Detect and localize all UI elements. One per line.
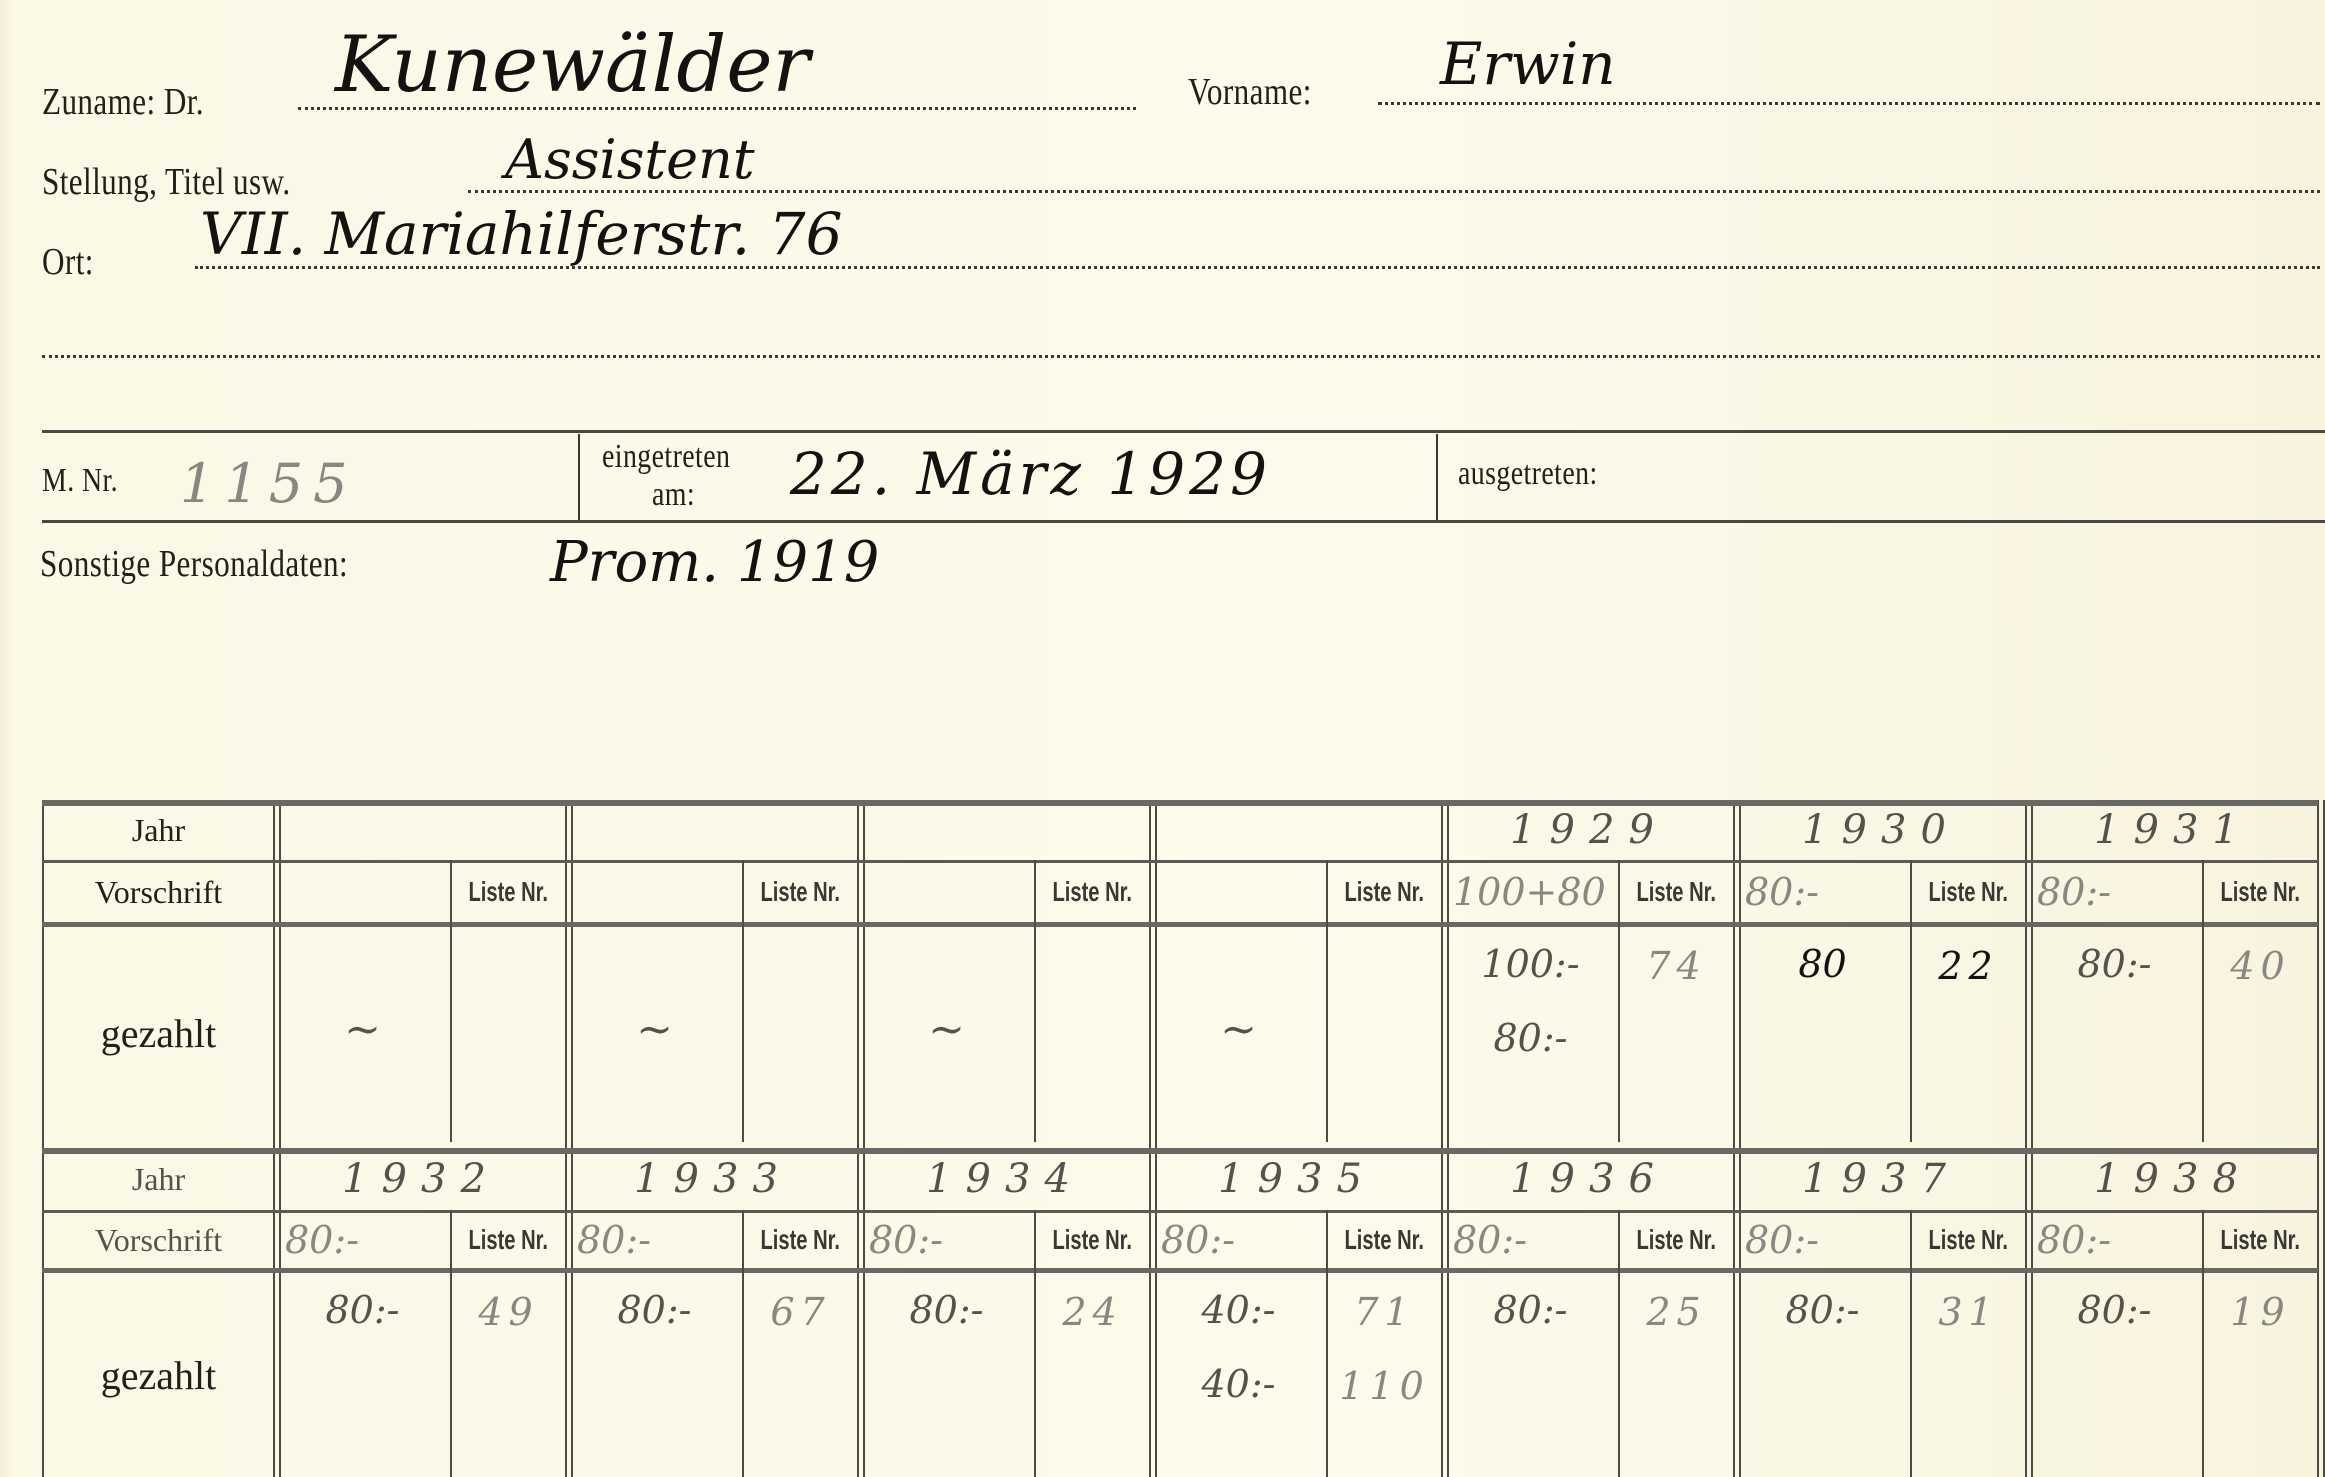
year-cell[interactable]: 1933 (567, 1148, 859, 1210)
prescribed-amount-cell[interactable]: 80:- (1151, 1210, 1326, 1270)
list-number-header: Liste Nr. (1618, 1210, 1735, 1270)
left-label: ausgetreten: (1458, 455, 1598, 493)
row-label-paid: gezahlt (42, 924, 275, 1142)
list-number-header: Liste Nr. (450, 1210, 567, 1270)
paid-amount-cell[interactable]: 40:-40:- (1151, 1270, 1326, 1477)
paid-amount-cell[interactable]: 80 (1735, 924, 1910, 1142)
paid-amount-cell[interactable]: ~ (275, 924, 450, 1142)
prescribed-amount-cell[interactable] (859, 860, 1034, 924)
list-number-cell[interactable] (1326, 924, 1443, 1142)
position-label: Stellung, Titel usw. (42, 160, 291, 204)
prescribed-amount-cell[interactable] (275, 860, 450, 924)
prescribed-amount-cell[interactable]: 100+80 (1443, 860, 1618, 924)
box-divider (1436, 434, 1438, 520)
list-number-cell[interactable]: 74 (1618, 924, 1735, 1142)
firstname-value[interactable]: Erwin (1440, 30, 1616, 98)
other-data-value[interactable]: Prom. 1919 (550, 530, 879, 595)
paid-amount-cell[interactable]: 80:- (567, 1270, 742, 1477)
list-number-header: Liste Nr. (1326, 1210, 1443, 1270)
paid-amount-cell[interactable]: ~ (567, 924, 742, 1142)
paid-amount-cell[interactable]: 80:- (1735, 1270, 1910, 1477)
other-data-label: Sonstige Personaldaten: (40, 542, 348, 586)
list-number-cell[interactable] (1034, 924, 1151, 1142)
row-label-prescribed: Vorschrift (42, 860, 275, 924)
prescribed-amount-cell[interactable] (1151, 860, 1326, 924)
row-label-year: Jahr (42, 1148, 275, 1210)
member-no-label: M. Nr. (42, 462, 118, 500)
paid-amount-cell[interactable]: 100:-80:- (1443, 924, 1618, 1142)
prescribed-amount-cell[interactable]: 80:- (567, 1210, 742, 1270)
list-number-cell[interactable]: 67 (742, 1270, 859, 1477)
list-number-cell[interactable] (742, 924, 859, 1142)
list-number-cell[interactable]: 24 (1034, 1270, 1151, 1477)
year-cell[interactable]: 1938 (2027, 1148, 2319, 1210)
year-cell[interactable]: 1929 (1443, 800, 1735, 860)
box-top-rule (42, 430, 2325, 433)
joined-date-value[interactable]: 22. März 1929 (790, 440, 1271, 508)
list-number-header: Liste Nr. (1618, 860, 1735, 924)
position-value[interactable]: Assistent (505, 128, 755, 191)
year-cell[interactable] (859, 800, 1151, 860)
row-label-paid: gezahlt (42, 1270, 275, 1477)
box-divider (578, 434, 580, 520)
year-cell[interactable]: 1931 (2027, 800, 2319, 860)
paid-amount-cell[interactable]: ~ (859, 924, 1034, 1142)
list-number-header: Liste Nr. (450, 860, 567, 924)
year-cell[interactable]: 1935 (1151, 1148, 1443, 1210)
prescribed-amount-cell[interactable]: 80:- (275, 1210, 450, 1270)
prescribed-amount-cell[interactable]: 80:- (2027, 860, 2202, 924)
list-number-cell[interactable]: 49 (450, 1270, 567, 1477)
list-number-cell[interactable] (450, 924, 567, 1142)
year-cell[interactable]: 1934 (859, 1148, 1151, 1210)
paid-amount-cell[interactable]: ~ (1151, 924, 1326, 1142)
membership-record-card: Zuname: Dr. Kunewälder Vorname: Erwin St… (0, 0, 2325, 1477)
list-number-header: Liste Nr. (2202, 1210, 2319, 1270)
paid-amount-cell[interactable]: 80:- (275, 1270, 450, 1477)
year-cell[interactable]: 1937 (1735, 1148, 2027, 1210)
box-bottom-rule (42, 520, 2325, 523)
year-cell[interactable] (567, 800, 859, 860)
surname-value[interactable]: Kunewälder (335, 20, 810, 110)
prescribed-amount-cell[interactable] (567, 860, 742, 924)
joined-label: eingetreten (602, 438, 730, 476)
list-number-header: Liste Nr. (2202, 860, 2319, 924)
paid-amount-cell[interactable]: 80:- (859, 1270, 1034, 1477)
blank-dotted-line (42, 355, 2320, 358)
year-cell[interactable]: 1930 (1735, 800, 2027, 860)
list-number-cell[interactable]: 71110 (1326, 1270, 1443, 1477)
list-number-cell[interactable]: 40 (2202, 924, 2319, 1142)
year-cell[interactable]: 1936 (1443, 1148, 1735, 1210)
member-no-value[interactable]: 1155 (180, 452, 357, 515)
paid-amount-cell[interactable]: 80:- (1443, 1270, 1618, 1477)
list-number-header: Liste Nr. (742, 1210, 859, 1270)
row-label-year: Jahr (42, 800, 275, 860)
paid-amount-cell[interactable]: 80:- (2027, 924, 2202, 1142)
prescribed-amount-cell[interactable]: 80:- (1735, 860, 1910, 924)
prescribed-amount-cell[interactable]: 80:- (859, 1210, 1034, 1270)
firstname-dotted-line (1378, 102, 2320, 105)
list-number-cell[interactable]: 25 (1618, 1270, 1735, 1477)
year-cell[interactable] (275, 800, 567, 860)
prescribed-amount-cell[interactable]: 80:- (2027, 1210, 2202, 1270)
paid-amount-cell[interactable]: 80:- (2027, 1270, 2202, 1477)
surname-label: Zuname: Dr. (42, 80, 204, 124)
joined-label-am: am: (652, 476, 695, 514)
place-value[interactable]: VII. Mariahilferstr. 76 (200, 200, 842, 268)
prescribed-amount-cell[interactable]: 80:- (1735, 1210, 1910, 1270)
list-number-header: Liste Nr. (1910, 1210, 2027, 1270)
list-number-header: Liste Nr. (1034, 1210, 1151, 1270)
year-cell[interactable]: 1932 (275, 1148, 567, 1210)
list-number-header: Liste Nr. (1910, 860, 2027, 924)
list-number-cell[interactable]: 31 (1910, 1270, 2027, 1477)
list-number-cell[interactable]: 19 (2202, 1270, 2319, 1477)
row-label-prescribed: Vorschrift (42, 1210, 275, 1270)
list-number-header: Liste Nr. (1326, 860, 1443, 924)
prescribed-amount-cell[interactable]: 80:- (1443, 1210, 1618, 1270)
list-number-cell[interactable]: 22 (1910, 924, 2027, 1142)
firstname-label: Vorname: (1188, 70, 1312, 114)
list-number-header: Liste Nr. (1034, 860, 1151, 924)
year-cell[interactable] (1151, 800, 1443, 860)
list-number-header: Liste Nr. (742, 860, 859, 924)
place-label: Ort: (42, 240, 94, 284)
payments-table: JahrVorschriftgezahltListe Nr.~Liste Nr.… (42, 800, 2318, 1477)
